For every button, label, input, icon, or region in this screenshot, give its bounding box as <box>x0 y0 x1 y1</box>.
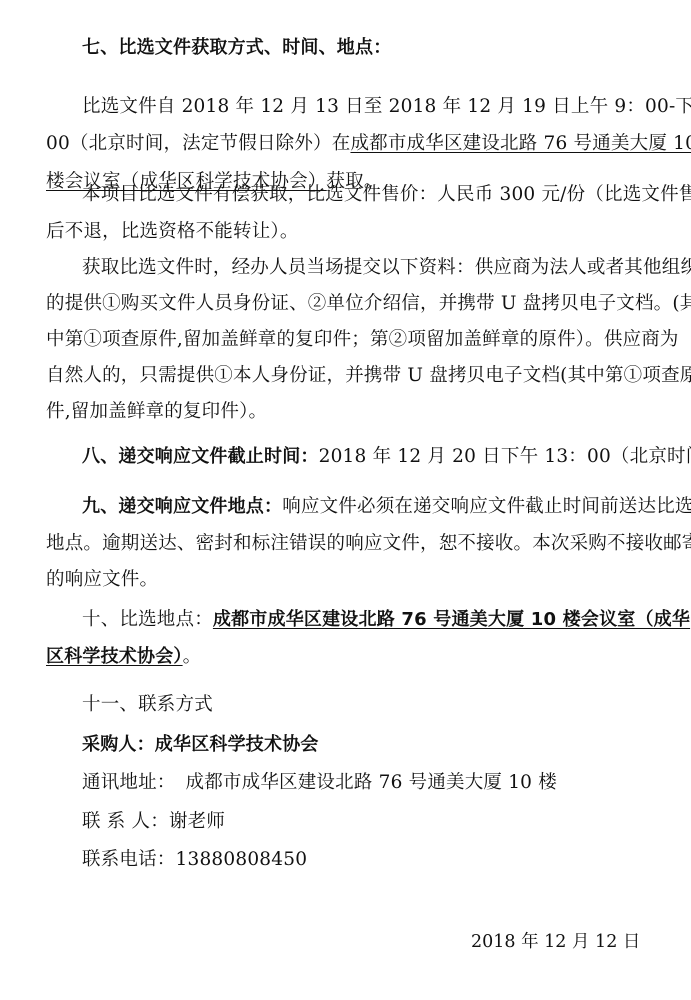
address-label: 通讯地址： <box>82 772 176 793</box>
address-line: 通讯地址：成都市成华区建设北路 76 号通美大厦 10 楼 <box>82 771 649 795</box>
contact-value: 谢老师 <box>169 811 225 832</box>
section-7-p3-line5: 件,留加盖鲜章的复印件）。 <box>46 400 649 424</box>
purchaser: 采购人：成华区科学技术协会 <box>82 733 649 757</box>
section-10-line1: 十、比选地点：成都市成华区建设北路 76 号通美大厦 10 楼会议室（成华 <box>82 608 649 632</box>
section-7-heading: 七、比选文件获取方式、时间、地点： <box>82 36 649 60</box>
section-9-line3: 的响应文件。 <box>46 568 649 592</box>
address-value: 成都市成华区建设北路 76 号通美大厦 10 楼 <box>176 772 557 793</box>
text: 00（北京时间，法定节假日除外）在 <box>46 133 350 154</box>
section-7-p2-line1: 本项目比选文件有偿获取，比选文件售价：人民币 300 元/份（比选文件售 <box>82 183 649 207</box>
section-7-p3-line1: 获取比选文件时，经办人员当场提交以下资料：供应商为法人或者其他组织 <box>82 256 649 280</box>
text: 。 <box>183 646 202 667</box>
section-9-line2: 地点。逾期送达、密封和标注错误的响应文件，恕不接收。本次采购不接收邮寄 <box>46 532 649 556</box>
section-9-line1: 九、递交响应文件地点：响应文件必须在递交响应文件截止时间前送达比选 <box>82 495 649 519</box>
section-7-p1-line2: 00（北京时间，法定节假日除外）在成都市成华区建设北路 76 号通美大厦 10 <box>46 132 649 156</box>
section-10-address: 区科学技术协会） <box>46 646 183 667</box>
contact-label: 联 系 人： <box>82 811 169 832</box>
contact-line: 联 系 人：谢老师 <box>82 810 649 834</box>
phone-label: 联系电话： <box>82 849 176 870</box>
section-8-label: 八、递交响应文件截止时间： <box>82 446 319 467</box>
section-9-text: 响应文件必须在递交响应文件截止时间前送达比选 <box>282 496 691 517</box>
section-11-heading: 十一、联系方式 <box>82 693 649 717</box>
section-7-p3-line3: 中第①项查原件,留加盖鲜章的复印件；第②项留加盖鲜章的原件）。供应商为 <box>46 328 649 352</box>
phone-line: 联系电话：13880808450 <box>82 848 649 872</box>
section-8-text: 2018 年 12 月 20 日下午 13：00（北京时间）。 <box>319 446 691 467</box>
section-7-p3-line2: 的提供①购买文件人员身份证、②单位介绍信，并携带 U 盘拷贝电子文档。(其 <box>46 292 649 316</box>
section-9-label: 九、递交响应文件地点： <box>82 496 282 517</box>
section-10-address: 成都市成华区建设北路 76 号通美大厦 10 楼会议室（成华 <box>213 609 690 630</box>
section-7-p2-line2: 后不退，比选资格不能转让）。 <box>46 220 649 244</box>
section-8-line: 八、递交响应文件截止时间：2018 年 12 月 20 日下午 13：00（北京… <box>82 445 649 469</box>
section-10-label: 十、比选地点： <box>82 609 213 630</box>
section-7-p3-line4: 自然人的，只需提供①本人身份证，并携带 U 盘拷贝电子文档(其中第①项查原 <box>46 364 649 388</box>
phone-value: 13880808450 <box>176 849 308 870</box>
document-date: 2018 年 12 月 12 日 <box>471 930 640 954</box>
address-underlined: 成都市成华区建设北路 76 号通美大厦 10 <box>350 133 691 154</box>
section-7-p1-line1: 比选文件自 2018 年 12 月 13 日至 2018 年 12 月 19 日… <box>82 95 649 119</box>
section-10-line2: 区科学技术协会）。 <box>46 645 649 669</box>
